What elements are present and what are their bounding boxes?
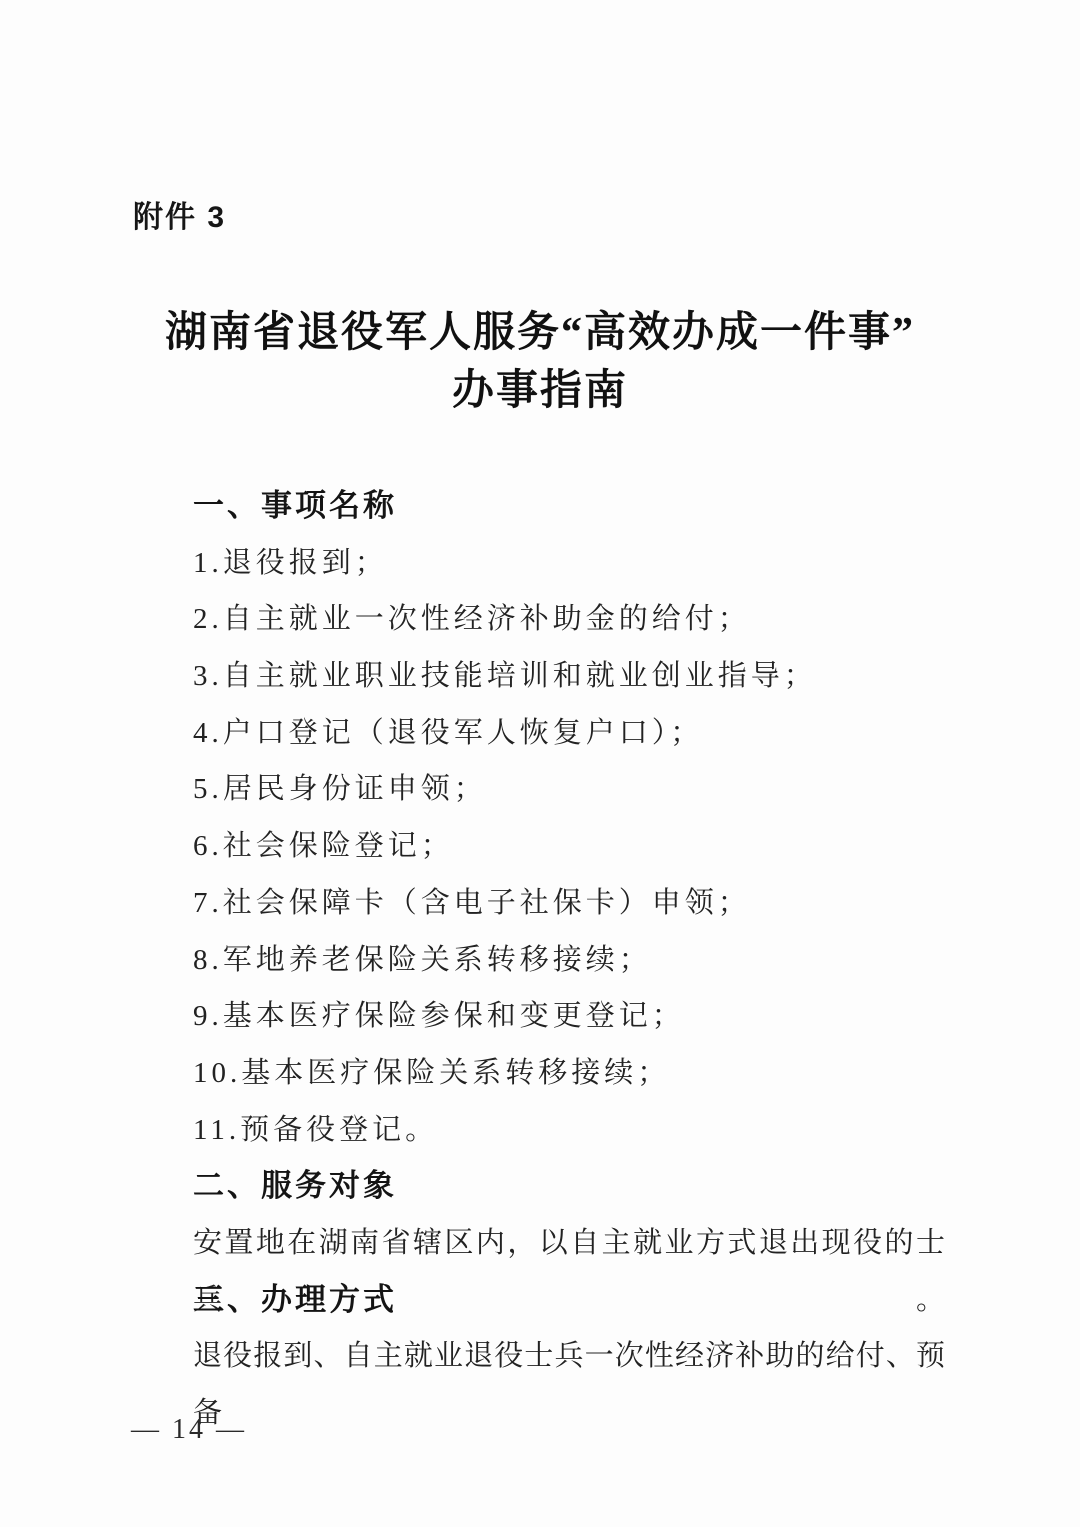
- section-heading-service-targets: 二、服务对象: [193, 1158, 945, 1215]
- list-item-5: 5.居民身份证申领；: [193, 761, 945, 818]
- list-item-4: 4.户口登记（退役军人恢复户口）；: [193, 705, 945, 762]
- document-page: 附件 3 湖南省退役军人服务“高效办成一件事” 办事指南 一、事项名称 1.退役…: [0, 0, 1080, 1527]
- title-line-1: 湖南省退役军人服务“高效办成一件事”: [0, 304, 1080, 362]
- list-item-2: 2.自主就业一次性经济补助金的给付；: [193, 591, 945, 648]
- list-item-11: 11.预备役登记。: [193, 1102, 945, 1159]
- list-item-3: 3.自主就业职业技能培训和就业创业指导；: [193, 648, 945, 705]
- list-item-1: 1.退役报到；: [193, 535, 945, 592]
- page-number: — 14 —: [131, 1412, 247, 1448]
- list-item-6: 6.社会保险登记；: [193, 818, 945, 875]
- document-title: 湖南省退役军人服务“高效办成一件事” 办事指南: [0, 304, 1080, 420]
- list-item-8: 8.军地养老保险关系转移接续；: [193, 932, 945, 989]
- section-body-processing-method: 退役报到、自主就业退役士兵一次性经济补助的给付、预备: [193, 1328, 945, 1385]
- section-body-service-targets: 安置地在湖南省辖区内，以自主就业方式退出现役的士兵。: [193, 1215, 945, 1272]
- document-body: 一、事项名称 1.退役报到； 2.自主就业一次性经济补助金的给付； 3.自主就业…: [193, 478, 945, 1385]
- list-item-9: 9.基本医疗保险参保和变更登记；: [193, 988, 945, 1045]
- title-line-2: 办事指南: [0, 362, 1080, 420]
- list-item-10: 10.基本医疗保险关系转移接续；: [193, 1045, 945, 1102]
- attachment-label: 附件 3: [133, 192, 226, 236]
- section-heading-item-names: 一、事项名称: [193, 478, 945, 535]
- list-item-7: 7.社会保障卡（含电子社保卡）申领；: [193, 875, 945, 932]
